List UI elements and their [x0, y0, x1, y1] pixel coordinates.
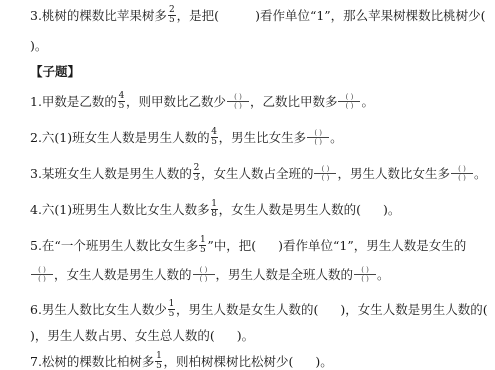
- numerator-blank[interactable]: ( ): [314, 129, 322, 137]
- fraction: 15: [168, 300, 175, 319]
- sub-question-3: 3.某班女生人数是男生人数的 23 ，女生人数占全班的 ( )( ) ，男生人数…: [30, 164, 486, 183]
- numerator: 1: [169, 300, 175, 309]
- numerator-blank[interactable]: ( ): [200, 266, 208, 274]
- fraction: 23: [193, 164, 200, 183]
- numerator-blank[interactable]: ( ): [458, 165, 466, 173]
- answer-fraction-blank[interactable]: ( )( ): [227, 93, 249, 110]
- numerator-blank[interactable]: ( ): [361, 266, 369, 274]
- text: )看作单位“1”，那么苹果树棵数比桃树少(: [255, 8, 486, 24]
- question-3: 3.桃树的棵数比苹果树多 25 ，是把( )看作单位“1”，那么苹果树棵数比桃树…: [30, 6, 486, 25]
- denominator-blank[interactable]: ( ): [234, 102, 242, 110]
- numerator-blank[interactable]: ( ): [346, 93, 354, 101]
- denominator: 5: [211, 138, 217, 147]
- text: ，男生人数是女生人数的(: [176, 302, 318, 318]
- text: 2.六(1)班女生人数是男生人数的: [30, 130, 210, 146]
- answer-fraction-blank[interactable]: ( )( ): [451, 165, 473, 182]
- text: )。: [237, 328, 254, 344]
- denominator: 3: [194, 174, 200, 183]
- fraction: 15: [199, 236, 206, 255]
- text: 1.甲数是乙数的: [30, 94, 117, 110]
- text: )。: [315, 354, 332, 370]
- text: 3.桃树的棵数比苹果树多: [30, 8, 167, 24]
- numerator: 1: [200, 236, 206, 245]
- text: ，女生人数是男生人数的: [54, 267, 192, 283]
- denominator: 5: [168, 16, 176, 25]
- denominator: 8: [211, 210, 217, 219]
- sub-question-6: 6.男生人数比女生人数少 15 ，男生人数是女生人数的( )，女生人数是男生人数…: [30, 300, 488, 319]
- fraction: 25: [168, 6, 176, 25]
- numerator: 2: [168, 6, 176, 15]
- numerator: 4: [211, 128, 217, 137]
- denominator: 5: [119, 102, 125, 111]
- denominator: 5: [200, 246, 206, 255]
- question-3-cont: )。: [30, 38, 47, 54]
- numerator-blank[interactable]: ( ): [322, 165, 330, 173]
- text: ，男生人数比女生多: [337, 166, 450, 182]
- answer-fraction-blank[interactable]: ( )( ): [31, 266, 53, 283]
- answer-fraction-blank[interactable]: ( )( ): [307, 129, 329, 146]
- sub-question-6-cont: )，男生人数占男、女生总人数的( )。: [30, 328, 254, 344]
- numerator-blank[interactable]: ( ): [38, 266, 46, 274]
- text: 。: [474, 166, 487, 182]
- answer-fraction-blank[interactable]: ( )( ): [193, 266, 215, 283]
- text: 。: [377, 267, 390, 283]
- text: 3.某班女生人数是男生人数的: [30, 166, 192, 182]
- text: ，是把(: [177, 8, 219, 24]
- denominator: 5: [156, 362, 162, 370]
- text: )看作单位“1”，男生人数是女生的: [278, 238, 466, 254]
- denominator-blank[interactable]: ( ): [200, 275, 208, 283]
- sub-question-4: 4.六(1)班男生人数比女生人数多 18 ，女生人数是男生人数的( )。: [30, 200, 400, 219]
- denominator-blank[interactable]: ( ): [322, 174, 330, 182]
- numerator: 1: [156, 352, 162, 361]
- fraction: 15: [155, 352, 162, 370]
- text: )，女生人数是男生人数的(: [340, 302, 487, 318]
- numerator: 2: [194, 164, 200, 173]
- text: 。: [330, 130, 343, 146]
- fraction: 45: [118, 92, 125, 111]
- text: )。: [383, 202, 400, 218]
- text: ，男生比女生多: [219, 130, 307, 146]
- fraction: 45: [211, 128, 218, 147]
- text: 。: [361, 94, 374, 110]
- numerator-blank[interactable]: ( ): [234, 93, 242, 101]
- sub-question-1: 1.甲数是乙数的 45 ，则甲数比乙数少 ( )( ) ，乙数比甲数多 ( )(…: [30, 92, 374, 111]
- answer-fraction-blank[interactable]: ( )( ): [338, 93, 360, 110]
- numerator: 4: [119, 92, 125, 101]
- denominator-blank[interactable]: ( ): [38, 275, 46, 283]
- sub-question-5-cont: ( )( ) ，女生人数是男生人数的 ( )( ) ，男生人数是全班人数的 ( …: [30, 266, 390, 283]
- denominator: 5: [169, 310, 175, 319]
- denominator-blank[interactable]: ( ): [458, 174, 466, 182]
- denominator-blank[interactable]: ( ): [346, 102, 354, 110]
- sub-question-5: 5.在“一个班男生人数比女生多 15 ”中，把( )看作单位“1”，男生人数是女…: [30, 236, 466, 255]
- text: ，则柏树棵树比松树少(: [163, 354, 293, 370]
- text: )。: [30, 38, 47, 54]
- sub-questions-heading: 【子题】: [30, 64, 80, 80]
- sub-question-7: 7.松树的棵数比柏树多 15 ，则柏树棵树比松树少( )。: [30, 352, 333, 370]
- fraction: 18: [211, 200, 218, 219]
- denominator-blank[interactable]: ( ): [361, 275, 369, 283]
- text: ，女生人数占全班的: [201, 166, 314, 182]
- text: ，女生人数是男生人数的(: [219, 202, 361, 218]
- text: )，男生人数占男、女生总人数的(: [30, 328, 215, 344]
- numerator: 1: [211, 200, 217, 209]
- text: 4.六(1)班男生人数比女生人数多: [30, 202, 210, 218]
- answer-fraction-blank[interactable]: ( )( ): [354, 266, 376, 283]
- text: ，乙数比甲数多: [250, 94, 338, 110]
- denominator-blank[interactable]: ( ): [314, 138, 322, 146]
- text: ，则甲数比乙数少: [126, 94, 226, 110]
- text: 6.男生人数比女生人数少: [30, 302, 167, 318]
- text: 7.松树的棵数比柏树多: [30, 354, 154, 370]
- answer-fraction-blank[interactable]: ( )( ): [314, 165, 336, 182]
- text: 5.在“一个班男生人数比女生多: [30, 238, 198, 254]
- sub-question-2: 2.六(1)班女生人数是男生人数的 45 ，男生比女生多 ( )( ) 。: [30, 128, 343, 147]
- text: ”中，把(: [207, 238, 256, 254]
- text: ，男生人数是全班人数的: [216, 267, 354, 283]
